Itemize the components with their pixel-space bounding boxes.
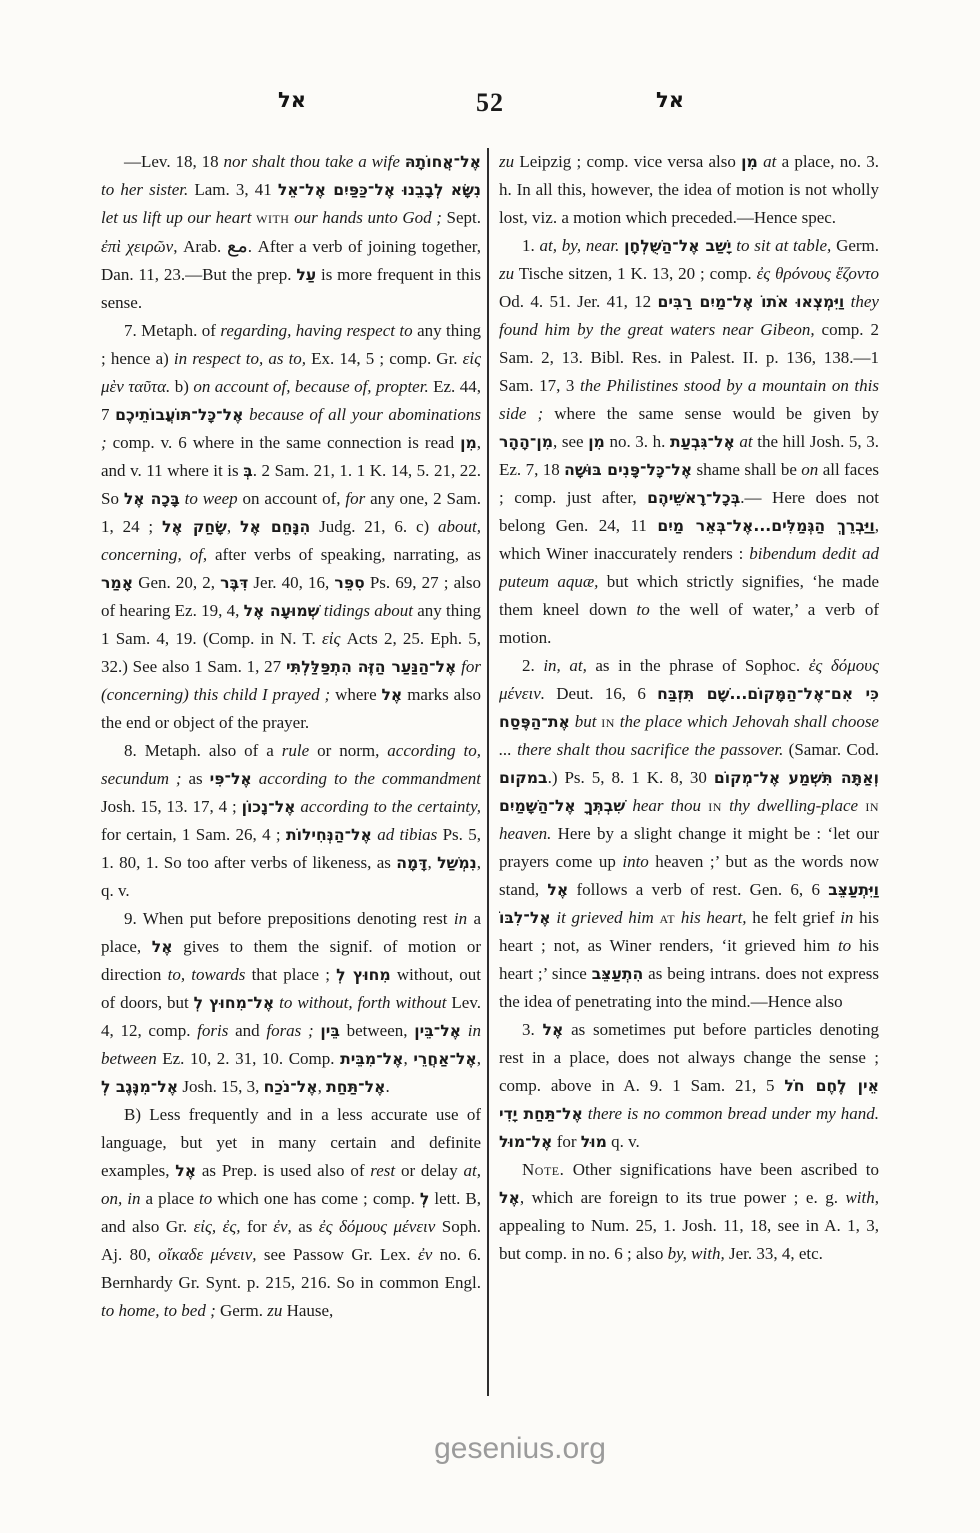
italic-text: let us lift up our heart <box>101 208 256 227</box>
text-run: 7. Metaph. of <box>124 321 220 340</box>
text-run: , see <box>553 432 588 451</box>
text-run: Jer. 40, 16, <box>248 573 334 592</box>
text-run: , <box>427 853 437 872</box>
italic-text: to <box>636 600 649 619</box>
italic-text: according to the certainty, <box>296 797 481 816</box>
text-run: , <box>404 1049 414 1068</box>
text-run: for <box>552 1132 580 1151</box>
left-column: —Lev. 18, 18 nor shalt thou take a wife … <box>101 148 481 1400</box>
text-run: as <box>182 769 210 788</box>
hebrew-text: אֶל־מוּל <box>499 1132 552 1151</box>
text-run: Germ. <box>216 1301 267 1320</box>
hebrew-text: אֶל־נָכוֹן <box>242 797 296 816</box>
text-run: 1. <box>522 236 540 255</box>
hebrew-text: בָּכָה אֶל <box>124 489 180 508</box>
hebrew-text: בְּ <box>243 461 253 480</box>
text-run: 9. When put before prepositions denoting… <box>124 909 454 928</box>
italic-text: by, with, <box>668 1244 725 1263</box>
text-run: Sept. <box>442 208 481 227</box>
italic-text: rule <box>282 741 309 760</box>
italic-text: on account of, because of, propter. <box>193 377 428 396</box>
hebrew-text: אֶל־בֵּין <box>414 1021 461 1040</box>
hebrew-text: בֵּין <box>320 1021 340 1040</box>
smallcaps-text: in <box>865 796 879 815</box>
hebrew-text: אֶל <box>152 937 173 956</box>
italic-text: ad tibias <box>372 825 437 844</box>
hebrew-text: אֶל־גִּבְעַת <box>670 432 735 451</box>
smallcaps-text: with <box>256 208 289 227</box>
greek-text: ἐν <box>273 1217 287 1236</box>
text-run: , Arab. <box>173 237 227 256</box>
text-run: (Samar. Cod. <box>783 740 879 759</box>
text-run: or norm, <box>309 741 387 760</box>
greek-text: οἴκαδε μένειν, <box>158 1245 256 1264</box>
italic-text: tidings about <box>319 601 413 620</box>
hebrew-text: אֶל־אֲחוֹתָהּ <box>405 152 481 171</box>
text-run: Judg. 21, 6. c) <box>310 517 438 536</box>
italic-text: to home, to bed ; <box>101 1301 216 1320</box>
italic-text: to <box>199 1189 212 1208</box>
greek-text: ἐπὶ χειρῶν <box>101 237 173 256</box>
hebrew-text: אֶל־פִּי <box>210 769 252 788</box>
hebrew-text: נִמְשַׁל <box>437 853 477 872</box>
text-run: between, <box>340 1021 414 1040</box>
text-run: which one has come ; comp. <box>212 1189 420 1208</box>
text-run: , as <box>288 1217 319 1236</box>
greek-text: ἐν <box>418 1245 432 1264</box>
hebrew-text: אֶל־הַנְּחִילוֹת <box>286 825 372 844</box>
greek-text: ἐς δόμους μένειν <box>319 1217 435 1236</box>
text-run: Leipzig ; comp. vice versa also <box>514 152 741 171</box>
text-run: see Passow Gr. Lex. <box>257 1245 419 1264</box>
hebrew-text: אֶל־נֹכַח <box>264 1077 318 1096</box>
italic-text: in <box>454 909 467 928</box>
text-run: —Lev. 18, 18 <box>124 152 223 171</box>
paragraph: Note. Other significations have been asc… <box>499 1156 879 1268</box>
hebrew-text: עַל <box>296 265 316 284</box>
italic-text: to her sister. <box>101 180 188 199</box>
italic-text: to weep <box>180 489 238 508</box>
text-run: Other significations have been ascribed … <box>564 1160 879 1179</box>
italic-text: it grieved him <box>551 908 660 927</box>
text-run: 3. <box>522 1020 543 1039</box>
hebrew-text: הִנָּחֵם אֶל <box>240 517 310 536</box>
hebrew-text: אָמַר <box>101 573 133 592</box>
text-run: , <box>227 517 240 536</box>
text-run: where the same sense would be given by <box>543 404 879 423</box>
text-run: comp. v. 6 where in the same connection … <box>107 433 460 452</box>
hebrew-text: דִּבֶּר <box>220 573 248 592</box>
italic-text: in <box>840 908 853 927</box>
hebrew-text: בְּכָל־רָאשֵׁיהֶם <box>647 488 740 507</box>
smallcaps-text: in <box>708 796 722 815</box>
italic-text: in respect to, as to, <box>174 349 306 368</box>
text-run: . <box>385 1077 389 1096</box>
paragraph: —Lev. 18, 18 nor shalt thou take a wife … <box>101 148 481 317</box>
italic-text: nor shalt thou take a wife <box>223 152 404 171</box>
hebrew-text: לְ <box>420 1189 429 1208</box>
text-run: Josh. 15, 13. 17, 4 ; <box>101 797 242 816</box>
text-run: for <box>241 1217 274 1236</box>
text-run: or delay <box>395 1161 463 1180</box>
text-run: Hause, <box>282 1301 333 1320</box>
text-run: a place <box>141 1189 200 1208</box>
hebrew-text: אֶל־מִחוּץ לְ <box>194 993 275 1012</box>
italic-text: rest <box>370 1161 395 1180</box>
text-run: .) Ps. 5, 8. 1 K. 8, 30 <box>548 768 714 787</box>
italic-text: but <box>570 712 601 731</box>
italic-text: on <box>801 460 818 479</box>
text-run: 8. Metaph. also of a <box>124 741 282 760</box>
text-run: Tische sitzen, 1 K. 13, 20 ; comp. <box>514 264 756 283</box>
italic-text: zu <box>267 1301 282 1320</box>
text-run: as Prep. is used also of <box>196 1161 370 1180</box>
smallcaps-text: Note. <box>522 1160 564 1179</box>
hebrew-text: אֶל־הַנַּעַר הַזֶּה הִתְפַּלַּלְתִּי <box>286 657 456 676</box>
hebrew-text: וַיַּבְרֵךְ הַגְּמַלִּים...אֶל־בְּאֵר מַ… <box>657 516 874 535</box>
hebrew-text: אֶל <box>547 880 568 899</box>
paragraph: 9. When put before prepositions denoting… <box>101 905 481 1101</box>
text-run: on account of, <box>238 489 346 508</box>
italic-text: in, at, <box>543 656 587 675</box>
italic-text: foras ; <box>266 1021 313 1040</box>
right-column: zu Leipzig ; comp. vice versa also מִן a… <box>499 148 879 1400</box>
hebrew-text: דָּמָה <box>396 853 427 872</box>
hebrew-text: סִפֵּר <box>334 573 364 592</box>
hebrew-text: אֶל־מִנֶּגֶב לְ <box>101 1077 178 1096</box>
italic-text: foris <box>197 1021 228 1040</box>
paragraph: 2. in, at, as in the phrase of Sophoc. ἐ… <box>499 652 879 1016</box>
text-run: after verbs of speaking, narrating, as <box>207 545 481 564</box>
hebrew-text: אֶל <box>175 1161 196 1180</box>
text-run: Deut. 16, 6 <box>545 684 657 703</box>
paragraph: 3. אֶל as sometimes put before particles… <box>499 1016 879 1156</box>
hebrew-text: מִחוּץ לְ <box>336 965 391 984</box>
hebrew-text: במקום <box>499 768 548 787</box>
hebrew-text: אֶל־כָּל־תּוֹעֲבוֹתֵיכֶם <box>115 405 243 424</box>
smallcaps-text: at <box>659 908 675 927</box>
text-run: Ex. 14, 5 ; comp. Gr. <box>306 349 463 368</box>
italic-text: to, towards <box>168 965 246 984</box>
text-run: 2. <box>522 656 543 675</box>
hebrew-text: מִן <box>588 432 605 451</box>
text-run: as in the phrase of Sophoc. <box>587 656 809 675</box>
hebrew-text: יָשַׁב אֶל־הַשֻּׁלְחָן <box>624 236 731 255</box>
italic-text: to without, forth without <box>274 993 446 1012</box>
paragraph: zu Leipzig ; comp. vice versa also מִן a… <box>499 148 879 232</box>
hebrew-text: מִן־הָהָר <box>499 432 553 451</box>
italic-text: our hands unto God ; <box>289 208 441 227</box>
greek-text: ἐς θρόνους ἕζοντο <box>757 264 879 283</box>
text-run: where <box>330 685 381 704</box>
text-run: , <box>318 1077 327 1096</box>
italic-text: according to the commandment <box>252 769 481 788</box>
text-run: q. v. <box>607 1132 640 1151</box>
paragraph: 1. at, by, near. יָשַׁב אֶל־הַשֻּׁלְחָן … <box>499 232 879 652</box>
text-run: Lam. 3, 41 <box>188 180 278 199</box>
italic-text: regarding, having respect to <box>220 321 412 340</box>
hebrew-text: אֶל <box>499 1188 520 1207</box>
italic-text: zu <box>499 152 514 171</box>
text-run: for certain, 1 Sam. 26, 4 ; <box>101 825 286 844</box>
header-keyword-right: אל <box>480 88 860 112</box>
italic-text: there is no common bread under my hand. <box>583 1104 879 1123</box>
text-run: no. 3. h. <box>605 432 670 451</box>
italic-text: at, by, near. <box>540 236 620 255</box>
paragraph: 8. Metaph. also of a rule or norm, accor… <box>101 737 481 905</box>
text-run: Od. 4. 51. Jer. 41, 12 <box>499 292 658 311</box>
hebrew-text: שָׂחַק אֶל <box>162 517 227 536</box>
italic-text: with <box>845 1188 874 1207</box>
text-run: Ez. 10, 2. 31, 10. Comp. <box>157 1049 340 1068</box>
hebrew-text: אֶל־כָּל־פָּנִים בּוּשָׁה <box>564 460 692 479</box>
text-run: and <box>228 1021 266 1040</box>
greek-text: εἰς <box>322 629 340 648</box>
italic-text: for <box>345 489 365 508</box>
watermark: gesenius.org <box>0 1432 980 1466</box>
text-run: , which are foreign to its true power ; … <box>520 1188 846 1207</box>
hebrew-text: נִשָּׂא לְבָבֵנוּ אֶל־כַּפַּיִם אֶל־אֵל <box>278 180 481 199</box>
hebrew-text: אֶל־מִבֵּית <box>340 1049 403 1068</box>
scanned-page: אל 52 אל —Lev. 18, 18 nor shalt thou tak… <box>0 0 980 1533</box>
hebrew-text: אֶל־תַּחַת <box>326 1077 385 1096</box>
text-run: follows a verb of rest. Gen. 6, 6 <box>568 880 828 899</box>
hebrew-text: שְׁמוּעָה אֶל <box>244 601 320 620</box>
italic-text: heaven. <box>499 824 551 843</box>
text-run: Josh. 15, 3, <box>178 1077 263 1096</box>
hebrew-text: הִתְעַצֵּב <box>592 964 644 983</box>
italic-text: zu <box>499 264 514 283</box>
text-run: Jer. 33, 4, etc. <box>725 1244 823 1263</box>
italic-text: into <box>622 852 648 871</box>
arabic-text: مع <box>227 234 248 257</box>
italic-text: at <box>735 432 753 451</box>
hebrew-text: אֶל <box>543 1020 564 1039</box>
text-run: Germ. <box>831 236 879 255</box>
italic-text: hear thou <box>625 796 708 815</box>
text-run: b) <box>170 377 193 396</box>
text-run: shame shall be <box>692 460 801 479</box>
paragraph: B) Less frequently and in a less accurat… <box>101 1101 481 1325</box>
paragraph: 7. Metaph. of regarding, having respect … <box>101 317 481 737</box>
hebrew-text: אֶל <box>381 685 402 704</box>
greek-text: εἰς, ἐς, <box>194 1217 241 1236</box>
text-run: he felt grief <box>747 908 841 927</box>
italic-text: his heart, <box>675 908 746 927</box>
smallcaps-text: in <box>601 712 615 731</box>
italic-text: to <box>838 936 851 955</box>
italic-text: thy dwelling-place <box>722 796 865 815</box>
hebrew-text: מוּל <box>581 1132 607 1151</box>
hebrew-text: וַיִּמְצְאוּ אֹתוֹ אֶל־מַיִם רַבִּים <box>658 292 845 311</box>
text-run: , <box>477 1049 481 1068</box>
hebrew-text: מִן <box>460 433 477 452</box>
hebrew-text: מִן <box>741 152 758 171</box>
italic-text: at <box>758 152 776 171</box>
hebrew-text: אֶל־אַחֲרֵי <box>413 1049 476 1068</box>
column-divider <box>487 148 489 1396</box>
text-run: Gen. 20, 2, <box>133 573 220 592</box>
text-run: that place ; <box>245 965 336 984</box>
italic-text: to sit at table, <box>732 236 832 255</box>
